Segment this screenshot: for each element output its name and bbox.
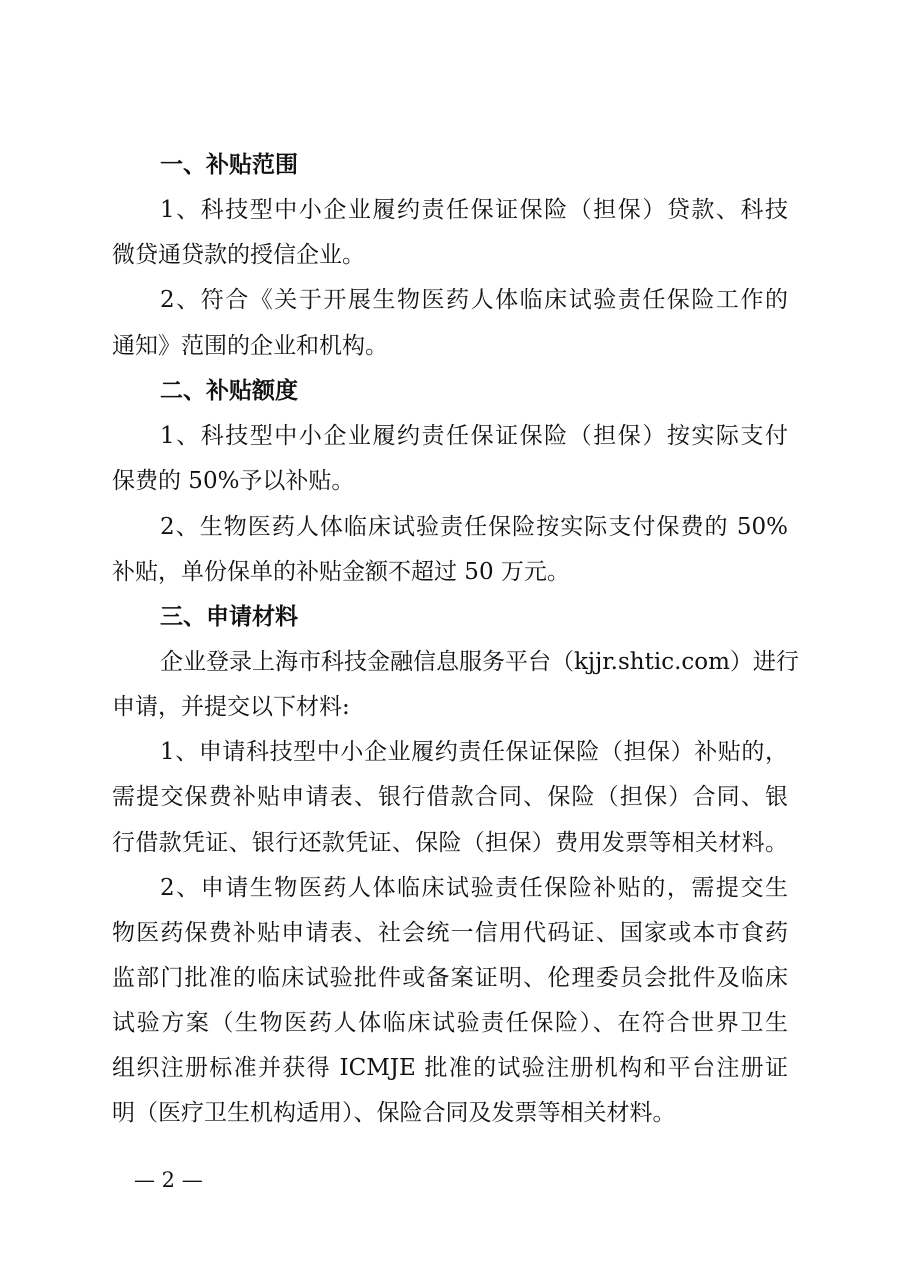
paragraph-line: 保费的 50%予以补贴。 [112, 465, 788, 497]
section-heading-amount: 二、补贴额度 [160, 375, 298, 407]
paragraph-line: 行借款凭证、银行还款凭证、保险（担保）费用发票等相关材料。 [112, 827, 788, 859]
paragraph-line: 2、生物医药人体临床试验责任保险按实际支付保费的 50% [160, 511, 788, 543]
paragraph-line: 1、申请科技型中小企业履约责任保证保险（担保）补贴的， [160, 736, 788, 768]
page-number: — 2 — [134, 1166, 203, 1194]
paragraph-line: 监部门批准的临床试验批件或备案证明、伦理委员会批件及临床 [112, 962, 788, 994]
paragraph-line: 明（医疗卫生机构适用）、保险合同及发票等相关材料。 [112, 1097, 788, 1129]
paragraph-line: 1、科技型中小企业履约责任保证保险（担保）按实际支付 [160, 420, 788, 452]
paragraph-line: 1、科技型中小企业履约责任保证保险（担保）贷款、科技 [160, 194, 788, 226]
paragraph-line: 补贴，单份保单的补贴金额不超过 50 万元。 [112, 556, 788, 588]
paragraph-line: 2、申请生物医药人体临床试验责任保险补贴的，需提交生 [160, 872, 788, 904]
paragraph-line: 需提交保费补贴申请表、银行借款合同、保险（担保）合同、银 [112, 781, 788, 813]
paragraph-line: 申请，并提交以下材料: [112, 691, 788, 723]
section-heading-scope: 一、补贴范围 [160, 149, 298, 181]
section-heading-materials: 三、申请材料 [160, 601, 298, 633]
paragraph-line: 物医药保费补贴申请表、社会统一信用代码证、国家或本市食药 [112, 917, 788, 949]
paragraph-line: 2、符合《关于开展生物医药人体临床试验责任保险工作的 [160, 284, 788, 316]
paragraph-line: 企业登录上海市科技金融信息服务平台（kjjr.shtic.com）进行 [160, 646, 788, 678]
paragraph-line: 组织注册标准并获得 ICMJE 批准的试验注册机构和平台注册证 [112, 1052, 788, 1084]
paragraph-line: 通知》范围的企业和机构。 [112, 330, 788, 362]
paragraph-line: 试验方案（生物医药人体临床试验责任保险）、在符合世界卫生 [112, 1007, 788, 1039]
paragraph-line: 微贷通贷款的授信企业。 [112, 239, 788, 271]
